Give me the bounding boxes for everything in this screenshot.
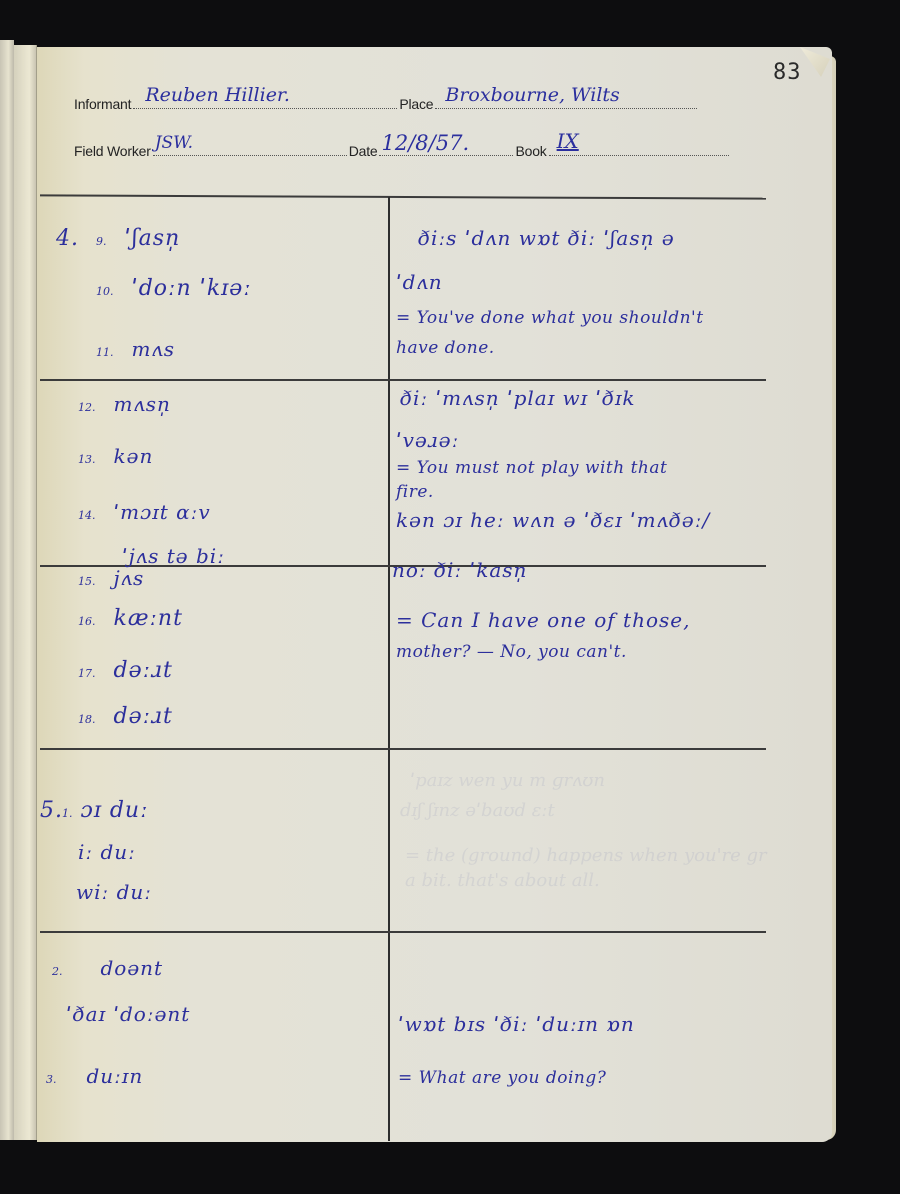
note-line: have done. bbox=[396, 338, 495, 358]
section-number: 4. bbox=[56, 226, 79, 251]
note-line: ˈvəɹəː bbox=[396, 428, 459, 452]
note-line: = What are you doing? bbox=[398, 1068, 606, 1088]
note-line: ðiːs ˈdʌn wɒt ðiː ˈʃasn̩ ə bbox=[418, 226, 675, 250]
place-value: Broxbourne, Wilts bbox=[445, 84, 619, 106]
entry-item: 10.ˈdoːn ˈkɪəː bbox=[96, 276, 252, 301]
previous-page-edge bbox=[0, 40, 14, 1140]
note-line: ðiː ˈmʌsn̩ ˈplaɪ wɪ ˈðɪk bbox=[400, 386, 636, 410]
show-through-text: dɪʃ ʃɪnz əˈbaʊd ɛːt bbox=[400, 800, 555, 821]
note-line: = You've done what you shouldn't bbox=[396, 308, 704, 328]
note-line: mother? — No, you can't. bbox=[396, 642, 627, 662]
book-value: IX bbox=[557, 129, 579, 153]
note-line: noː ðiː ˈkasn̩ bbox=[392, 558, 527, 582]
note-line: fire. bbox=[396, 482, 434, 502]
entry-item: wiː duː bbox=[76, 880, 152, 904]
note-line: ˈdʌn bbox=[396, 270, 443, 294]
field-worker-field: JSW. bbox=[153, 154, 347, 156]
entry-item: 9.ˈʃasn̩ bbox=[96, 226, 180, 251]
entry-item: 15.jʌs bbox=[78, 566, 144, 590]
entry-item: 11.mʌs bbox=[96, 337, 175, 361]
entry-item: 3.duːɪn bbox=[46, 1064, 143, 1088]
entry-item: 13.kən bbox=[78, 444, 153, 468]
place-field: Broxbourne, Wilts bbox=[435, 107, 697, 109]
field-worker-value: JSW. bbox=[155, 133, 193, 153]
entry-item: 16.kæːnt bbox=[78, 606, 183, 631]
place-label: Place bbox=[399, 96, 433, 112]
entry-item: ˈjʌs tə biː bbox=[104, 544, 225, 568]
page-number: 83 bbox=[773, 60, 802, 85]
entry-item: 12.mʌsn̩ bbox=[78, 392, 171, 416]
date-label: Date bbox=[349, 143, 378, 159]
note-line: = You must not play with that bbox=[396, 458, 667, 478]
entry-item: iː duː bbox=[78, 840, 136, 864]
note-line: kən ɔɪ heː wʌn ə ˈðɛɪ ˈmʌðəː/ bbox=[396, 508, 710, 532]
date-value: 12/8/57. bbox=[381, 131, 469, 155]
book-field: IX bbox=[549, 154, 729, 156]
row-divider bbox=[40, 379, 766, 381]
show-through-text: = the (ground) happens when you're gr bbox=[405, 845, 767, 866]
field-worker-row: Field Worker JSW. Date 12/8/57. Book IX bbox=[74, 143, 731, 159]
column-divider bbox=[388, 197, 390, 1141]
note-line: = Can I have one of those, bbox=[396, 608, 690, 632]
note-line: ˈwɒt bɪs ˈðiː ˈduːɪn ɒn bbox=[398, 1012, 635, 1036]
informant-row: Informant Reuben Hillier. Place Broxbour… bbox=[74, 96, 699, 112]
row-divider bbox=[40, 748, 766, 750]
section-number: 5. bbox=[40, 798, 63, 823]
book-label: Book bbox=[515, 143, 546, 159]
entry-item: ˈðaɪ ˈdoːənt bbox=[66, 1002, 190, 1026]
entry-item: 14.ˈmɔɪt ɑːv bbox=[78, 500, 211, 524]
informant-label: Informant bbox=[74, 96, 131, 112]
entry-item: 18.dəːɹt bbox=[78, 704, 173, 729]
date-field: 12/8/57. bbox=[379, 154, 513, 156]
show-through-text: a bit. that's about all. bbox=[405, 870, 600, 891]
entry-item: 2.doənt bbox=[52, 956, 163, 980]
entry-item: 1.ɔɪ duː bbox=[62, 798, 149, 823]
entry-item: 17.dəːɹt bbox=[78, 658, 173, 683]
previous-page-edge-inner bbox=[14, 45, 37, 1140]
informant-field: Reuben Hillier. bbox=[133, 107, 397, 109]
field-worker-label: Field Worker bbox=[74, 143, 151, 159]
row-divider bbox=[40, 931, 766, 933]
show-through-text: ˈpaɪz wen yu m ɡrʌʊn bbox=[410, 770, 605, 791]
informant-value: Reuben Hillier. bbox=[145, 84, 290, 106]
